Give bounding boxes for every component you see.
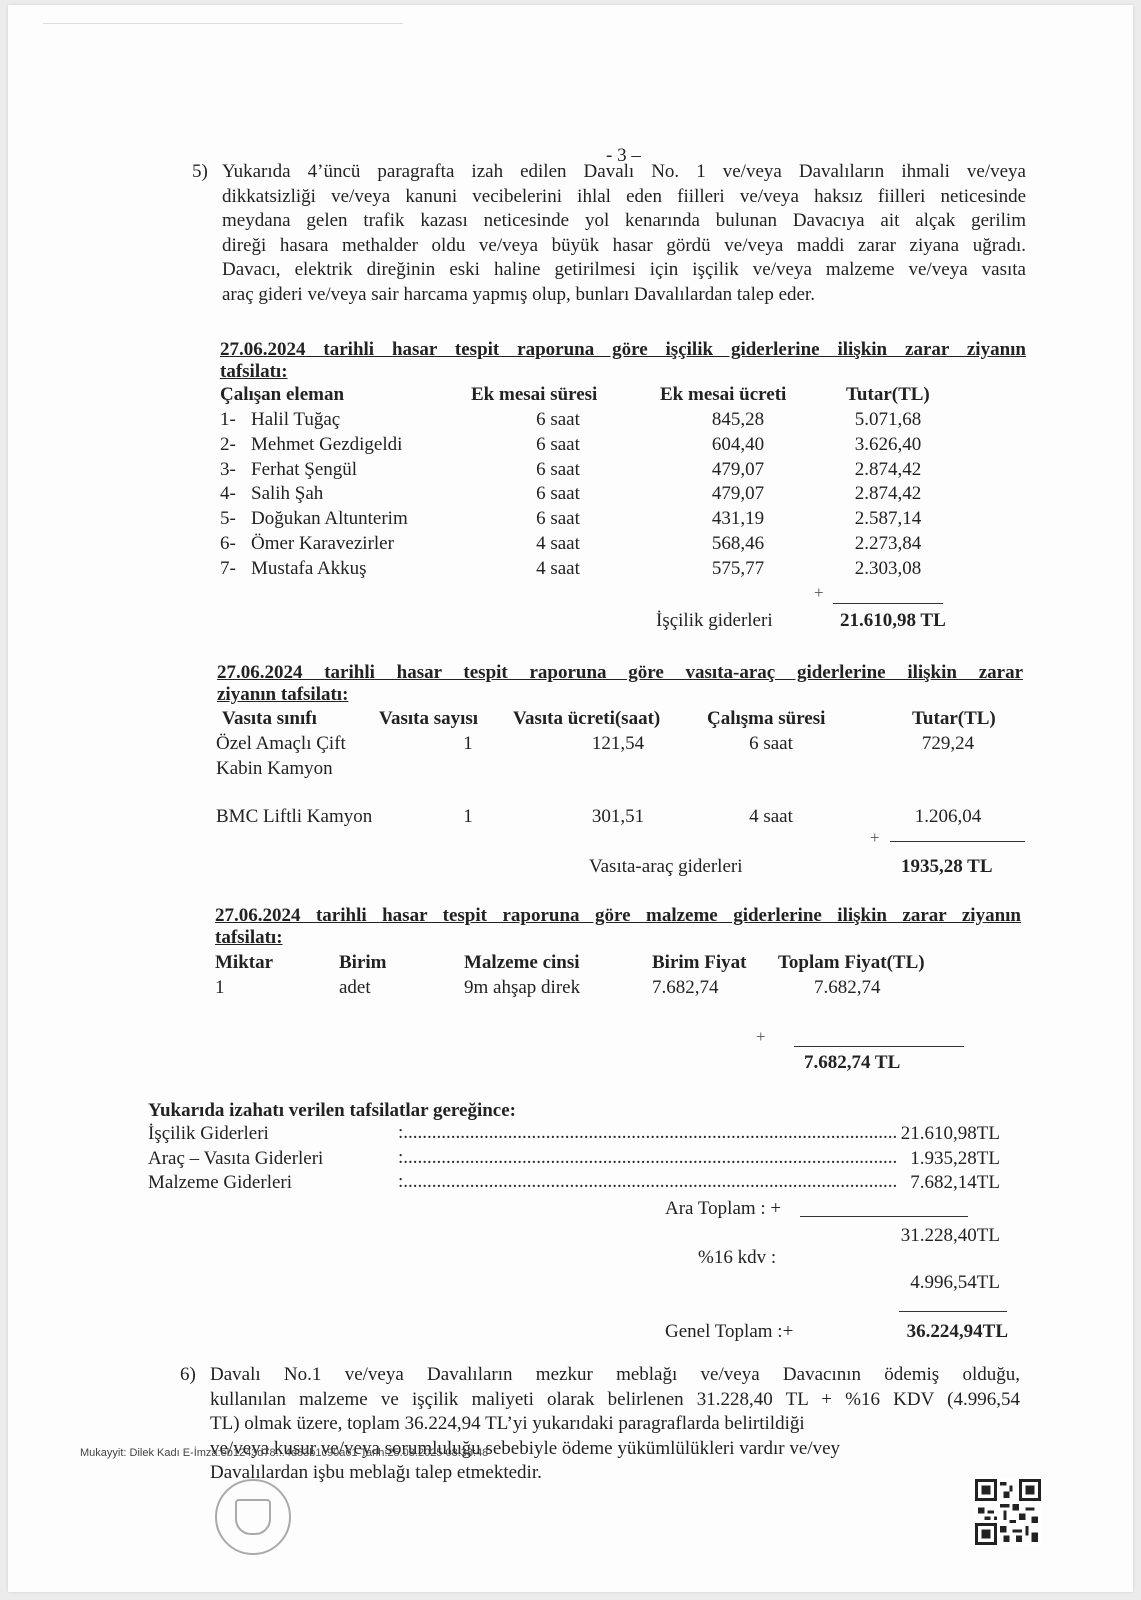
material-total-value: 7.682,74 TL xyxy=(804,1051,900,1076)
material-type: 9m ahşap direk xyxy=(464,976,580,1001)
unit: adet xyxy=(339,976,371,1001)
column-header: Vasıta sınıfı xyxy=(222,707,317,732)
employee-name: Ferhat Şengül xyxy=(251,458,357,483)
column-header: Toplam Fiyat(TL) xyxy=(778,951,925,976)
amount: 2.303,08 xyxy=(838,557,938,582)
vehicle-sum-rule xyxy=(890,841,1025,842)
row-index: 1- xyxy=(220,408,236,433)
overtime-hours: 4 saat xyxy=(508,532,608,557)
paragraph-number: 5) xyxy=(192,160,208,185)
column-header: Ek mesai süresi xyxy=(471,383,597,408)
plus-sign: + xyxy=(756,1027,766,1047)
paragraph-6: 6) Davalı No.1 ve/veya Davalıların mezku… xyxy=(210,1363,1020,1486)
row-index: 6- xyxy=(220,532,236,557)
column-header: Tutar(TL) xyxy=(846,383,930,408)
quantity: 1 xyxy=(215,976,225,1001)
overtime-rate: 479,07 xyxy=(688,458,788,483)
paragraph-5: 5) Yukarıda 4’üncü paragrafta izah edile… xyxy=(222,160,1026,308)
summary-item-label: Malzeme Giderleri xyxy=(148,1171,292,1196)
overtime-rate: 568,46 xyxy=(688,532,788,557)
heading-line: 27.06.2024 tarihli hasar tespit raporuna… xyxy=(215,905,1021,927)
heading-line: 27.06.2024 tarihli hasar tespit raporuna… xyxy=(220,339,1026,361)
vehicle-class: Kabin Kamyon xyxy=(216,757,333,782)
column-header: Birim xyxy=(339,951,387,976)
leader-dots: :.......................................… xyxy=(398,1147,896,1169)
paragraph-line: Davalılardan işbu meblağı talep etmekted… xyxy=(210,1461,1020,1486)
employee-name: Salih Şah xyxy=(251,482,323,507)
labor-total-value: 21.610,98 TL xyxy=(840,609,946,634)
row-index: 5- xyxy=(220,507,236,532)
work-duration: 4 saat xyxy=(721,805,821,830)
vat-value: 4.996,54TL xyxy=(828,1271,1000,1296)
material-heading: 27.06.2024 tarihli hasar tespit raporuna… xyxy=(215,905,1021,949)
document-page: - 3 – 5) Yukarıda 4’üncü paragrafta izah… xyxy=(8,5,1133,1592)
overtime-hours: 6 saat xyxy=(508,482,608,507)
vehicle-rate: 301,51 xyxy=(568,805,668,830)
e-signature-stamp: Mukayyit: Dilek Kadı E-İmza:eb1243d78...… xyxy=(80,1447,488,1459)
vehicle-class: Özel Amaçlı Çift xyxy=(216,732,346,757)
amount: 3.626,40 xyxy=(838,433,938,458)
paragraph-line: kullanılan malzeme ve işçilik maliyeti o… xyxy=(210,1388,1020,1413)
vehicle-heading: 27.06.2024 tarihli hasar tespit raporuna… xyxy=(217,662,1023,706)
material-sum-rule xyxy=(794,1046,964,1047)
column-header: Çalışma süresi xyxy=(707,707,825,732)
paragraph-number: 6) xyxy=(180,1363,196,1388)
paragraph-line: TL) olmak üzere, toplam 36.224,94 TL’yi … xyxy=(210,1412,1020,1437)
grand-total-value: 36.224,94TL xyxy=(828,1320,1008,1345)
heading-line: 27.06.2024 tarihli hasar tespit raporuna… xyxy=(217,662,1023,684)
heading-line: ziyanın tafsilatı: xyxy=(217,684,1023,706)
paragraph-line: Yukarıda 4’üncü paragrafta izah edilen D… xyxy=(222,160,1026,185)
work-duration: 6 saat xyxy=(721,732,821,757)
plus-sign: + xyxy=(814,583,824,603)
overtime-hours: 6 saat xyxy=(508,408,608,433)
total-price: 7.682,74 xyxy=(814,976,881,1001)
labor-sum-rule xyxy=(833,603,943,604)
paragraph-line: Davalı No.1 ve/veya Davalıların mezkur m… xyxy=(210,1363,1020,1388)
subtotal-value: 31.228,40TL xyxy=(828,1224,1000,1249)
amount: 5.071,68 xyxy=(838,408,938,433)
summary-item-label: Araç – Vasıta Giderleri xyxy=(148,1147,323,1172)
vehicle-count: 1 xyxy=(418,732,518,757)
amount: 2.273,84 xyxy=(838,532,938,557)
amount: 2.874,42 xyxy=(838,458,938,483)
paragraph-line: meydana gelen trafik kazası neticesinde … xyxy=(222,209,1026,234)
labor-total-label: İşçilik giderleri xyxy=(656,609,773,634)
row-index: 3- xyxy=(220,458,236,483)
qr-code-icon[interactable] xyxy=(975,1479,1041,1545)
amount: 729,24 xyxy=(888,732,1008,757)
column-header: Çalışan eleman xyxy=(220,383,344,408)
vehicle-rate: 121,54 xyxy=(568,732,668,757)
employee-name: Ömer Karavezirler xyxy=(251,532,394,557)
plus-sign: + xyxy=(870,828,880,848)
vehicle-total-label: Vasıta-araç giderleri xyxy=(589,855,743,880)
summary-item-value: 21.610,98TL xyxy=(828,1122,1000,1147)
summary-heading: Yukarıda izahatı verilen tafsilatlar ger… xyxy=(148,1099,516,1124)
column-header: Birim Fiyat xyxy=(652,951,746,976)
overtime-hours: 4 saat xyxy=(508,557,608,582)
paragraph-line: dikkatsizliği ve/veya kanuni vecibelerin… xyxy=(222,185,1026,210)
subtotal-rule xyxy=(800,1216,968,1217)
overtime-rate: 479,07 xyxy=(688,482,788,507)
leader-dots: :.......................................… xyxy=(398,1122,896,1144)
row-index: 4- xyxy=(220,482,236,507)
amount: 2.587,14 xyxy=(838,507,938,532)
vehicle-class: BMC Liftli Kamyon xyxy=(216,805,372,830)
scan-artifact xyxy=(43,23,403,24)
overtime-rate: 604,40 xyxy=(688,433,788,458)
employee-name: Halil Tuğaç xyxy=(251,408,340,433)
column-header: Vasıta sayısı xyxy=(379,707,478,732)
overtime-hours: 6 saat xyxy=(508,458,608,483)
summary-item-label: İşçilik Giderleri xyxy=(148,1122,269,1147)
column-header: Ek mesai ücreti xyxy=(660,383,786,408)
employee-name: Doğukan Altunterim xyxy=(251,507,408,532)
vehicle-total-value: 1935,28 TL xyxy=(901,855,993,880)
paragraph-line: direği hasara methalder oldu ve/veya büy… xyxy=(222,234,1026,259)
overtime-hours: 6 saat xyxy=(508,433,608,458)
heading-line: tafsilatı: xyxy=(215,927,1021,949)
heading-line: tafsilatı: xyxy=(220,361,1026,383)
employee-name: Mustafa Akkuş xyxy=(251,557,367,582)
paragraph-line: araç gideri ve/veya sair harcama yapmış … xyxy=(222,283,1026,308)
overtime-rate: 575,77 xyxy=(688,557,788,582)
leader-dots: :.......................................… xyxy=(398,1171,896,1193)
unit-price: 7.682,74 xyxy=(652,976,719,1001)
column-header: Malzeme cinsi xyxy=(464,951,580,976)
subtotal-label: Ara Toplam : + xyxy=(665,1197,781,1222)
row-index: 2- xyxy=(220,433,236,458)
amount: 1.206,04 xyxy=(888,805,1008,830)
row-index: 7- xyxy=(220,557,236,582)
vehicle-count: 1 xyxy=(418,805,518,830)
summary-item-value: 7.682,14TL xyxy=(828,1171,1000,1196)
column-header: Miktar xyxy=(215,951,273,976)
overtime-rate: 845,28 xyxy=(688,408,788,433)
court-seal-icon xyxy=(215,1479,291,1555)
amount: 2.874,42 xyxy=(838,482,938,507)
vat-label: %16 kdv : xyxy=(698,1246,776,1271)
grand-total-label: Genel Toplam :+ xyxy=(665,1320,793,1345)
employee-name: Mehmet Gezdigeldi xyxy=(251,433,402,458)
labor-heading: 27.06.2024 tarihli hasar tespit raporuna… xyxy=(220,339,1026,383)
grand-total-rule xyxy=(899,1311,1007,1312)
column-header: Tutar(TL) xyxy=(912,707,996,732)
overtime-rate: 431,19 xyxy=(688,507,788,532)
overtime-hours: 6 saat xyxy=(508,507,608,532)
column-header: Vasıta ücreti(saat) xyxy=(513,707,660,732)
summary-item-value: 1.935,28TL xyxy=(828,1147,1000,1172)
paragraph-line: Davacı, elektrik direğinin eski haline g… xyxy=(222,258,1026,283)
